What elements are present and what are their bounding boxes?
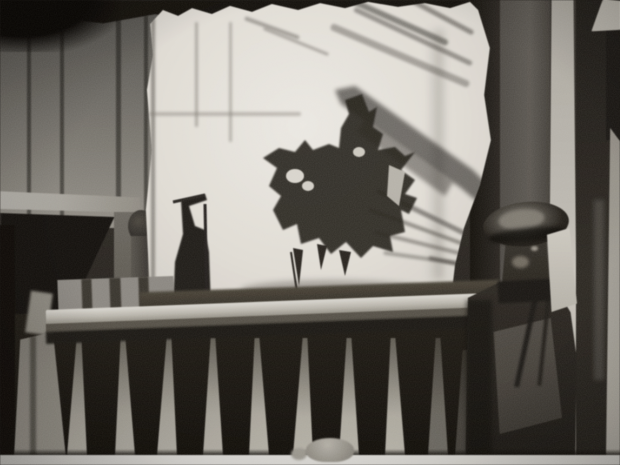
photo-scene	[0, 0, 620, 465]
photograph	[0, 0, 620, 465]
vignette	[0, 0, 620, 465]
